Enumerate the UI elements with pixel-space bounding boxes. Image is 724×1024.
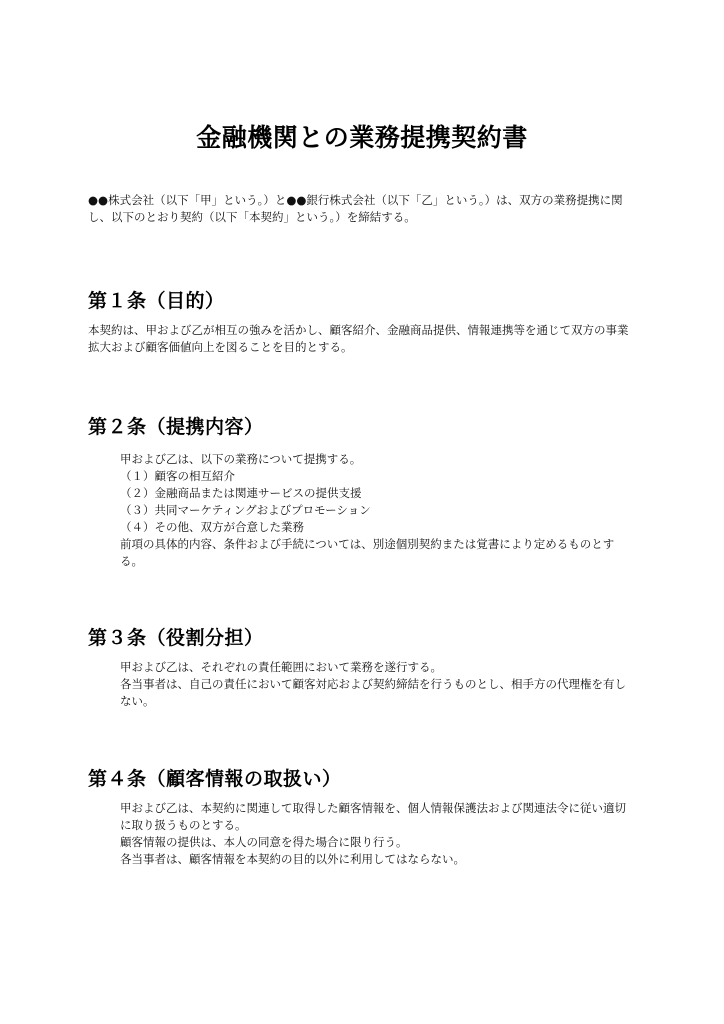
- article-2-list-item: （３）共同マーケティングおよびプロモーション: [120, 502, 635, 519]
- article-1-heading: 第１条（目的）: [88, 286, 225, 313]
- document-title: 金融機関との業務提携契約書: [0, 118, 724, 154]
- preamble-paragraph: ●●株式会社（以下「甲」という。）と●●銀行株式会社（以下「乙」という。）は、双…: [88, 192, 636, 226]
- article-4-line: 各当事者は、顧客情報を本契約の目的以外に利用してはならない。: [120, 851, 635, 868]
- article-4-line: 甲および乙は、本契約に関連して取得した顧客情報を、個人情報保護法および関連法令に…: [120, 800, 635, 834]
- article-3-heading: 第３条（役割分担）: [88, 623, 264, 650]
- article-1-line: 本契約は、甲および乙が相互の強みを活かし、顧客紹介、金融商品提供、情報連携等を通…: [88, 322, 638, 356]
- article-4-heading: 第４条（顧客情報の取扱い）: [88, 764, 342, 791]
- article-2-line: 甲および乙は、以下の業務について提携する。: [120, 451, 635, 468]
- article-2-list-item: （１）顧客の相互紹介: [120, 468, 635, 485]
- article-2-heading: 第２条（提携内容）: [88, 412, 264, 439]
- article-3-body: 甲および乙は、それぞれの責任範囲において業務を遂行する。 各当事者は、自己の責任…: [120, 659, 635, 710]
- article-1-body: 本契約は、甲および乙が相互の強みを活かし、顧客紹介、金融商品提供、情報連携等を通…: [88, 322, 638, 356]
- article-2-body: 甲および乙は、以下の業務について提携する。 （１）顧客の相互紹介 （２）金融商品…: [120, 451, 635, 570]
- article-2-list-item: （２）金融商品または関連サービスの提供支援: [120, 485, 635, 502]
- article-4-line: 顧客情報の提供は、本人の同意を得た場合に限り行う。: [120, 834, 635, 851]
- article-3-line: 甲および乙は、それぞれの責任範囲において業務を遂行する。: [120, 659, 635, 676]
- document-page: 金融機関との業務提携契約書 ●●株式会社（以下「甲」という。）と●●銀行株式会社…: [0, 0, 724, 1024]
- article-4-body: 甲および乙は、本契約に関連して取得した顧客情報を、個人情報保護法および関連法令に…: [120, 800, 635, 868]
- article-2-line: 前項の具体的内容、条件および手続については、別途個別契約または覚書により定めるも…: [120, 536, 635, 570]
- article-3-line: 各当事者は、自己の責任において顧客対応および契約締結を行うものとし、相手方の代理…: [120, 676, 635, 710]
- article-2-list-item: （４）その他、双方が合意した業務: [120, 519, 635, 536]
